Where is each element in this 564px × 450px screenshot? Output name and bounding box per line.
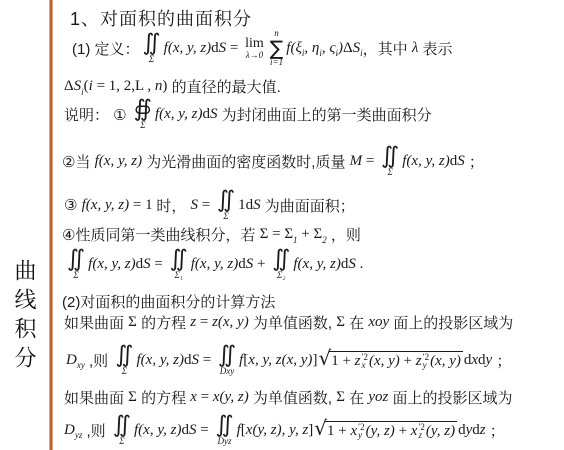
remark-1-line: 说明： ① ∯Σf(x, y, z)dS 为封闭曲面上的第一类曲面积分	[64, 97, 432, 131]
lecture-slide: 曲线积分 1、对面积的曲面积分 (1) 定义：∬Σf(x, y, z)dS = …	[0, 0, 564, 450]
sidebar-vertical-title: 曲线积分	[9, 259, 40, 375]
method-heading-line: (2)对面积的曲面积分的计算方法	[62, 291, 275, 312]
formula-dxy-line: Dxy ,则 ∬Σf(x, y, z)dS = ∬Dxyf[x, y, z(x,…	[66, 340, 511, 380]
projection-yoz-line: 如果曲面 Σ 的方程 x = x(y, z) 为单值函数, Σ 在 yoz 面上…	[64, 387, 512, 408]
remark-2-line: ②当 f(x, y, z) 为光滑曲面的密度函数时,质量 M = ∬Σf(x, …	[62, 142, 484, 180]
remark-3-line: ③ f(x, y, z) = 1 时， S = ∬Σ1dS 为曲面面积；	[64, 186, 355, 224]
vertical-divider-line	[49, 0, 53, 450]
definition-line: (1) 定义：∬Σf(x, y, z)dS = limλ→0n∑i=1f(ξi,…	[72, 27, 452, 69]
projection-xoy-line: 如果曲面 Σ 的方程 z = z(x, y) 为单值函数, Σ 在 xoy 面上…	[64, 312, 513, 333]
additivity-formula-line: ∬Σf(x, y, z)dS = ∬Σ₁f(x, y, z)dS + ∬Σ₂f(…	[64, 246, 363, 282]
delta-note-line: ΔSi(i = 1, 2,L , n) 的直径的最大值.	[64, 76, 281, 97]
formula-dyz-line: Dyz ,则 ∬Σf(x, y, z)dS = ∬Dyzf[x(y, z), y…	[64, 410, 505, 450]
remark-4-line: ④性质同第一类曲线积分，若 Σ = Σ1 + Σ2 ，则	[62, 224, 361, 245]
